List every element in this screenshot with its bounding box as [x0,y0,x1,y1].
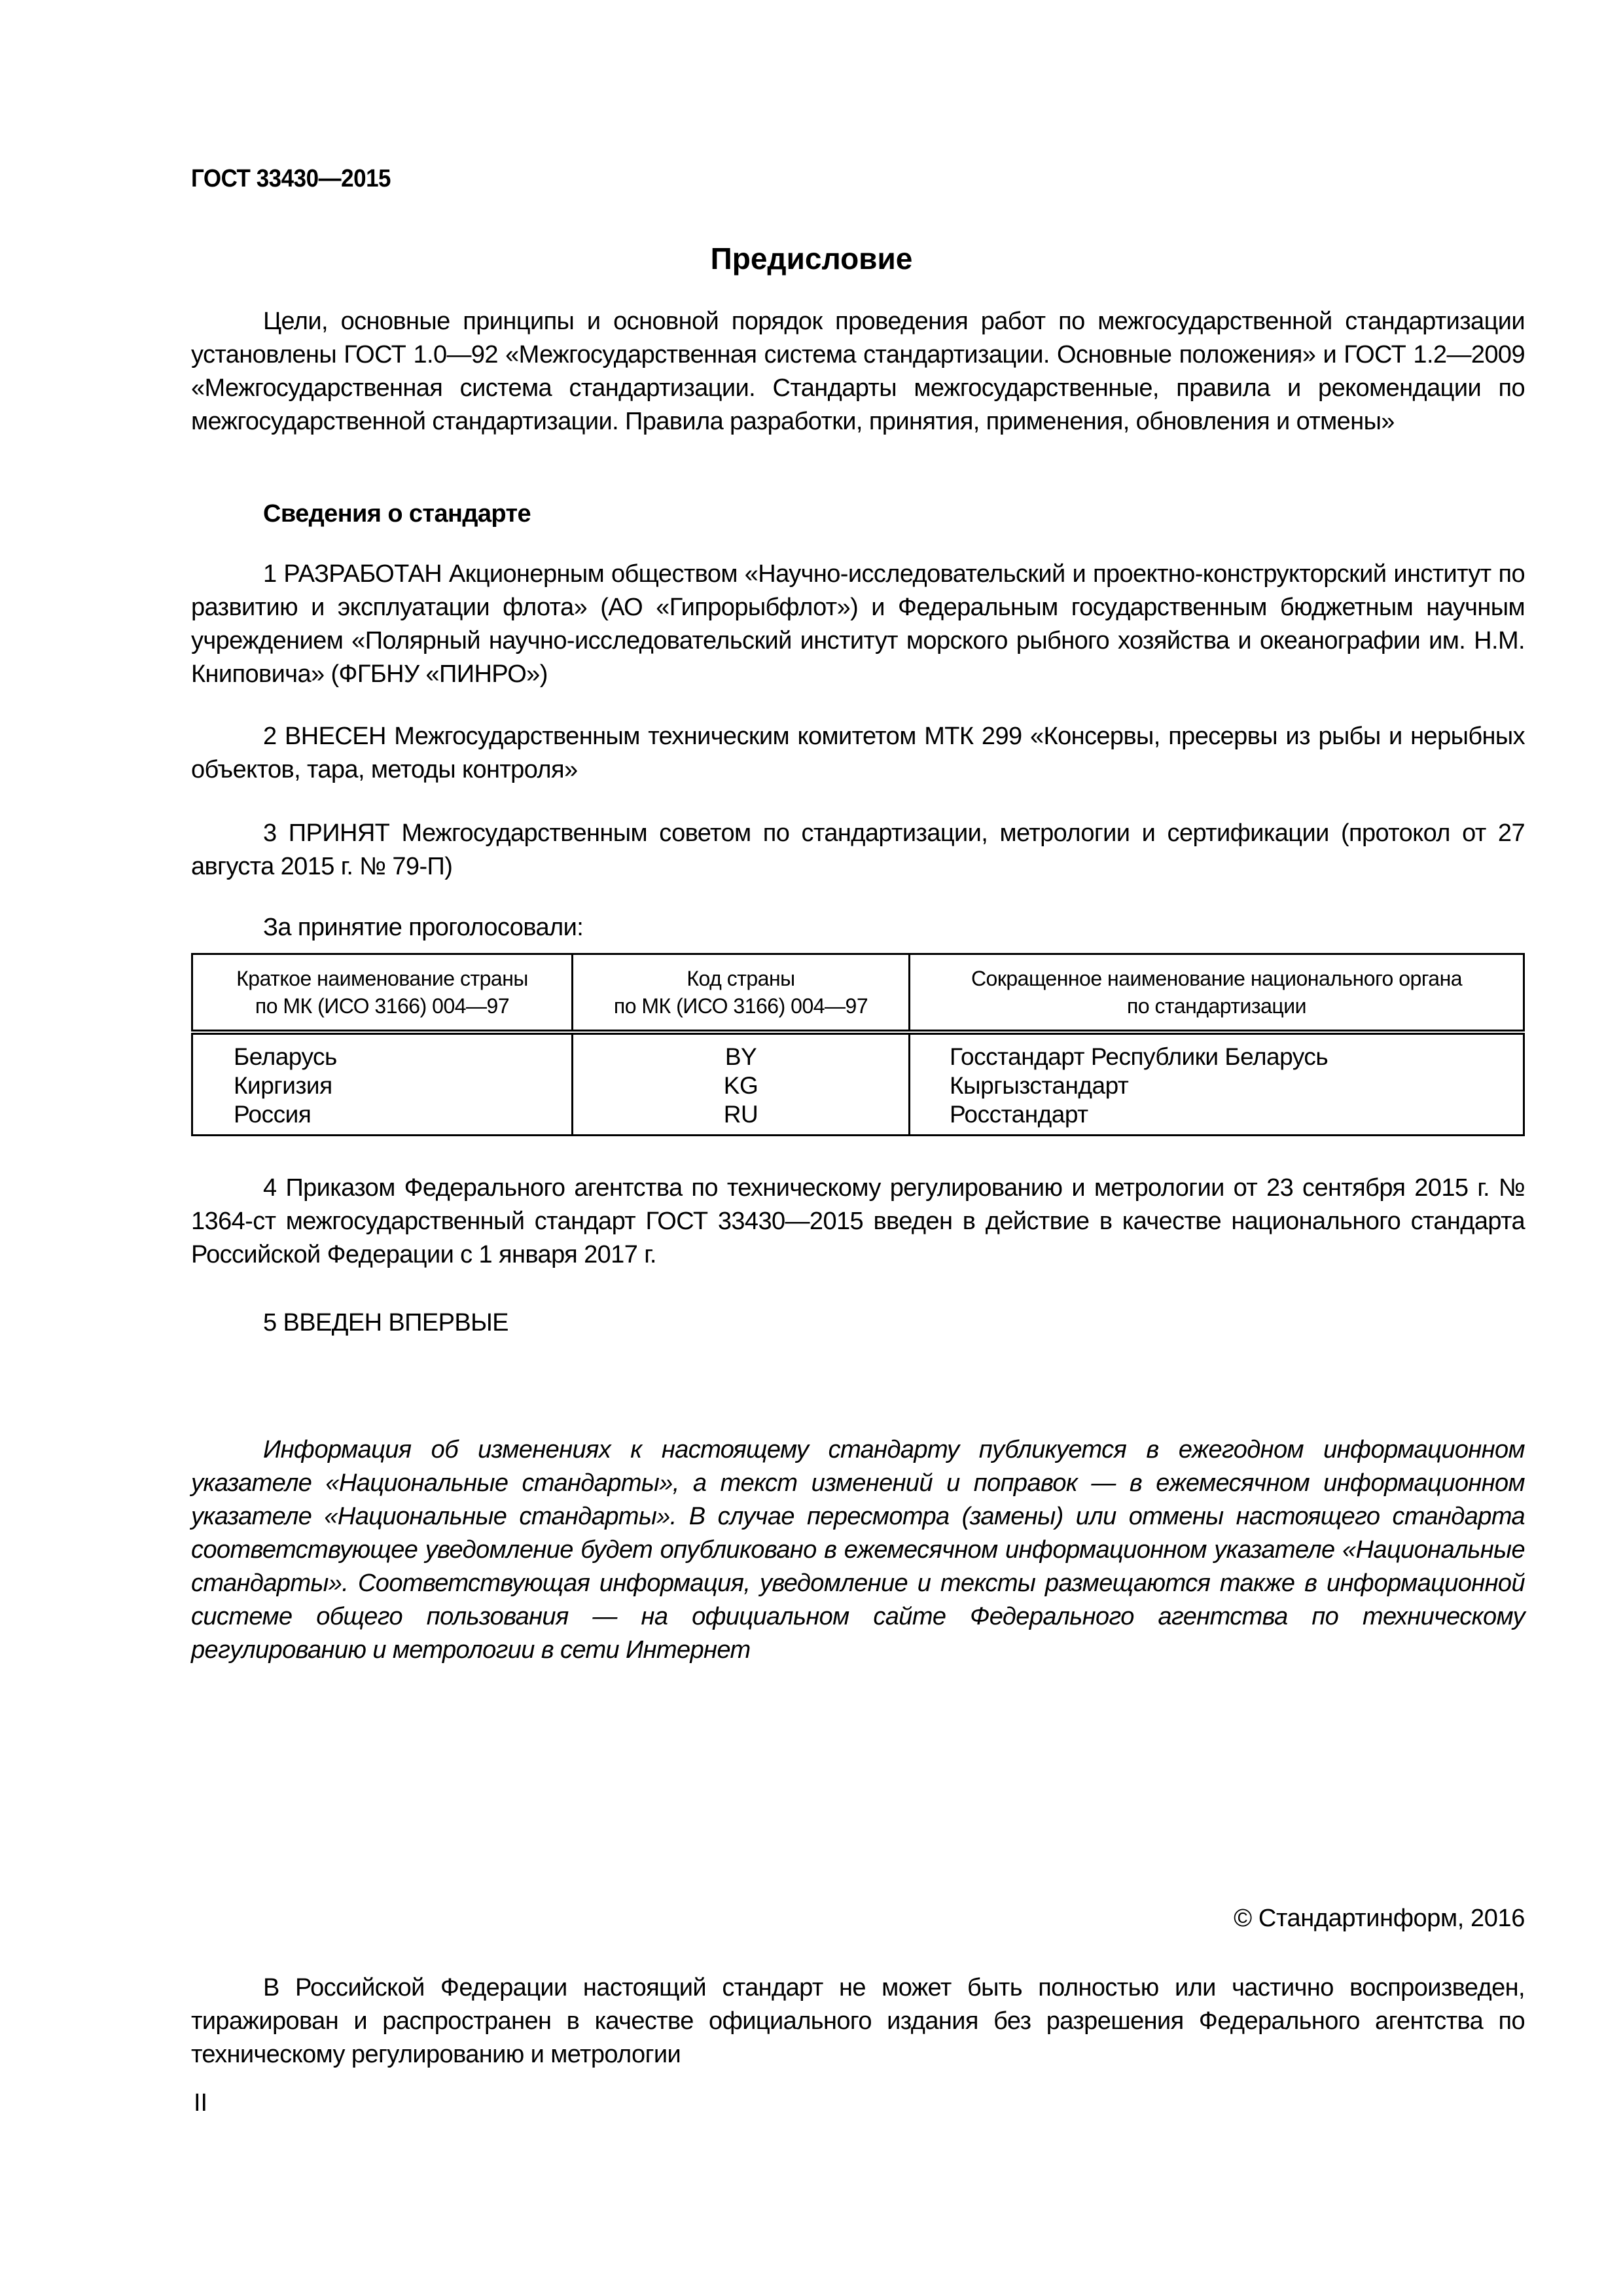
voted-label: За принятие проголосовали: [263,914,583,942]
item-2-text: 2 ВНЕСЕН Межгосударственным техническим … [191,723,1525,783]
page-title: Предисловие [0,241,1623,276]
country-cell: Россия [192,1100,573,1136]
country-cell: Беларусь [192,1032,573,1071]
body-cell: Росстандарт [910,1100,1524,1136]
header-country-code: Код страныпо МК (ИСО 3166) 004—97 [573,954,910,1033]
code-cell: BY [573,1032,910,1071]
country-cell: Киргизия [192,1071,573,1100]
item-3: 3 ПРИНЯТ Межгосударственным советом по с… [191,817,1525,884]
item-2: 2 ВНЕСЕН Межгосударственным техническим … [191,720,1525,787]
code-cell: RU [573,1100,910,1136]
copyright: © Стандартинформ, 2016 [1234,1905,1525,1933]
header-country-name: Краткое наименование страныпо МК (ИСО 31… [192,954,573,1033]
code-cell: KG [573,1071,910,1100]
page-number: II [194,2089,207,2117]
reproduction-notice-text: В Российской Федерации настоящий стандар… [191,1974,1525,2068]
header-line: Краткое наименование страны [236,967,528,990]
section-heading: Сведения о стандарте [263,500,531,528]
changes-notice: Информация об изменениях к настоящему ст… [191,1433,1525,1667]
standard-designation: ГОСТ 33430—2015 [191,165,391,193]
item-5: 5 ВВЕДЕН ВПЕРВЫЕ [263,1309,508,1337]
item-1: 1 РАЗРАБОТАН Акционерным обществом «Науч… [191,558,1525,691]
item-3-text: 3 ПРИНЯТ Межгосударственным советом по с… [191,819,1525,880]
item-4: 4 Приказом Федерального агентства по тех… [191,1172,1525,1272]
header-standards-body: Сокращенное наименование национального о… [910,954,1524,1033]
table-header-row: Краткое наименование страныпо МК (ИСО 31… [192,954,1524,1033]
table-row: Киргизия KG Кыргызстандарт [192,1071,1524,1100]
header-line: Код страны [687,967,794,990]
table-row: Беларусь BY Госстандарт Республики Белар… [192,1032,1524,1071]
body-cell: Госстандарт Республики Беларусь [910,1032,1524,1071]
intro-text: Цели, основные принципы и основной поряд… [191,308,1525,435]
document-page: ГОСТ 33430—2015 Предисловие Цели, основн… [0,0,1623,2296]
changes-notice-text: Информация об изменениях к настоящему ст… [191,1436,1525,1664]
item-1-text: 1 РАЗРАБОТАН Акционерным обществом «Науч… [191,560,1525,688]
reproduction-notice: В Российской Федерации настоящий стандар… [191,1971,1525,2072]
header-line: по стандартизации [1127,994,1306,1018]
table-row: Россия RU Росстандарт [192,1100,1524,1136]
body-cell: Кыргызстандарт [910,1071,1524,1100]
header-line: по МК (ИСО 3166) 004—97 [255,994,509,1018]
header-line: Сокращенное наименование национального о… [971,967,1462,990]
item-4-text: 4 Приказом Федерального агентства по тех… [191,1174,1525,1268]
voting-table: Краткое наименование страныпо МК (ИСО 31… [191,953,1525,1136]
intro-paragraph: Цели, основные принципы и основной поряд… [191,305,1525,439]
header-line: по МК (ИСО 3166) 004—97 [614,994,868,1018]
